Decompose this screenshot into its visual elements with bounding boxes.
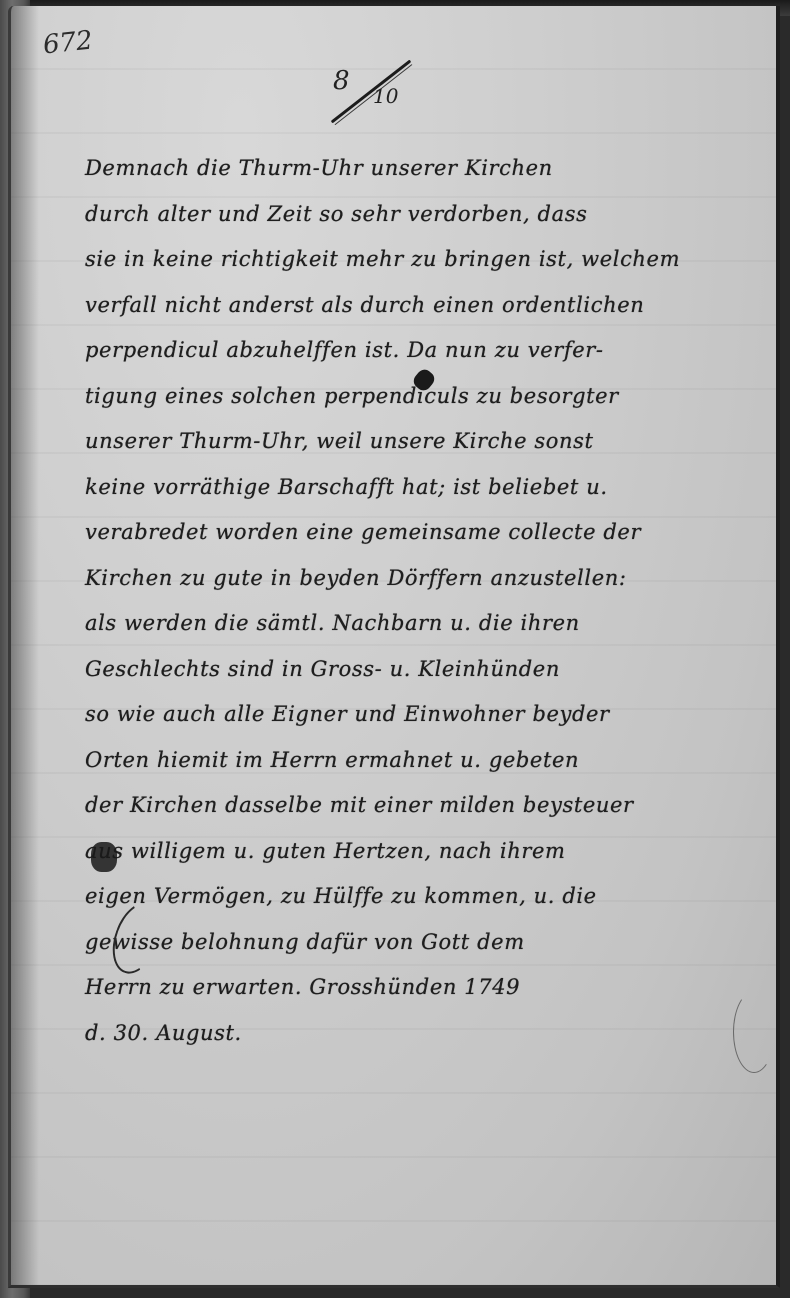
manuscript-text: Demnach die Thurm-Uhr unserer Kirchen du… <box>85 146 785 1056</box>
text-line: aus willigem u. guten Hertzen, nach ihre… <box>85 829 785 875</box>
ink-blot <box>91 842 117 872</box>
text-line: perpendicul abzuhelffen ist. Da nun zu v… <box>85 328 785 374</box>
text-line: keine vorräthige Barschafft hat; ist bel… <box>85 465 785 511</box>
text-line: Kirchen zu gute in beyden Dörffern anzus… <box>85 556 785 602</box>
text-line: durch alter und Zeit so sehr verdorben, … <box>85 192 785 238</box>
page-gutter-shadow <box>11 6 39 1285</box>
fraction-numerator: 8 <box>333 66 350 96</box>
text-line: so wie auch alle Eigner und Einwohner be… <box>85 692 785 738</box>
text-line: Geschlechts sind in Gross- u. Kleinhünde… <box>85 647 785 693</box>
fraction-denominator: 10 <box>373 84 398 108</box>
text-line: Orten hiemit im Herrn ermahnet u. gebete… <box>85 738 785 784</box>
folio-number: 672 <box>42 25 95 60</box>
text-line: verabredet worden eine gemeinsame collec… <box>85 510 785 556</box>
text-line: als werden die sämtl. Nachbarn u. die ih… <box>85 601 785 647</box>
text-line: gewisse belohnung dafür von Gott dem <box>85 920 785 966</box>
text-line: der Kirchen dasselbe mit einer milden be… <box>85 783 785 829</box>
text-line: unserer Thurm-Uhr, weil unsere Kirche so… <box>85 419 785 465</box>
text-line: tigung eines solchen perpendiculs zu bes… <box>85 374 785 420</box>
text-line: Herrn zu erwarten. Grosshünden 1749 <box>85 965 785 1011</box>
fraction-mark: 8 10 <box>311 46 431 136</box>
text-line: verfall nicht anderst als durch einen or… <box>85 283 785 329</box>
faint-flourish <box>733 991 775 1073</box>
text-line: sie in keine richtigkeit mehr zu bringen… <box>85 237 785 283</box>
text-line: d. 30. August. <box>85 1011 785 1057</box>
manuscript-page: 672 8 10 Demnach die Thurm-Uhr unserer K… <box>8 6 780 1288</box>
text-line: Demnach die Thurm-Uhr unserer Kirchen <box>85 146 785 192</box>
text-line: eigen Vermögen, zu Hülffe zu kommen, u. … <box>85 874 785 920</box>
